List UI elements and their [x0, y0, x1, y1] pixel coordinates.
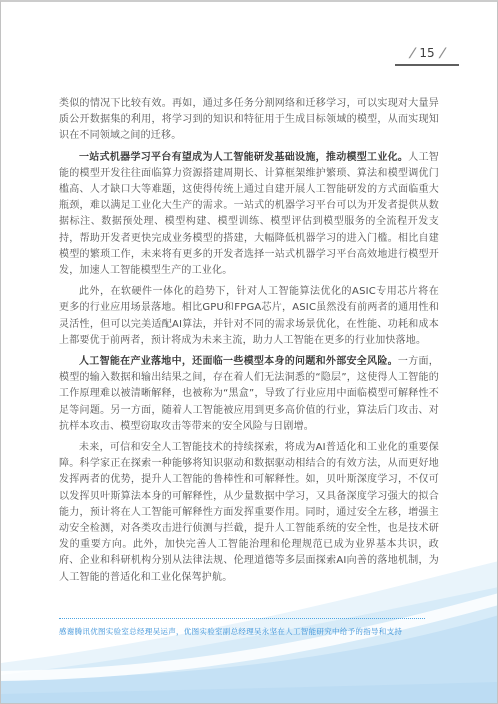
page-number-right-slash: / — [432, 46, 452, 61]
footnote-acknowledgement: 感谢腾讯优图实验室总经理吴运声，优图实验室副总经理吴永坚在人工智能研究中给予的指… — [59, 626, 407, 637]
page-number: /15/ — [395, 46, 459, 66]
paragraph-asic-chips: 此外，在软硬件一体化的趋势下，针对人工智能算法优化的ASIC专用芯片将在更多的行… — [59, 284, 439, 349]
paragraph-ml-platform: 一站式机器学习平台有望成为人工智能研发基础设施，推动模型工业化。人工智能的模型开… — [59, 150, 439, 280]
paragraph-text: 未来，可信和安全人工智能技术的持续探索，将成为AI普适化和工业化的重要保障。科学… — [59, 442, 439, 583]
paragraph-text: 人工智能的模型开发往往面临算力资源搭建周期长、计算框架维护繁琐、算法和模型调优门… — [59, 152, 439, 276]
paragraph-text: 此外，在软硬件一体化的趋势下，针对人工智能算法优化的ASIC专用芯片将在更多的行… — [59, 286, 439, 346]
paragraph-lead: 一站式机器学习平台有望成为人工智能研发基础设施，推动模型工业化。 — [79, 152, 408, 163]
paragraph-continuation: 类似的情况下比较有效。再如，通过多任务分割网络和迁移学习，可以实现对大量异质公开… — [59, 96, 439, 145]
paragraph-text: 类似的情况下比较有效。再如，通过多任务分割网络和迁移学习，可以实现对大量异质公开… — [59, 98, 439, 141]
paragraph-lead: 人工智能在产业落地中，还面临一些模型本身的问题和外部安全风险。 — [79, 356, 398, 367]
document-body: 类似的情况下比较有效。再如，通过多任务分割网络和迁移学习，可以实现对大量异质公开… — [59, 96, 439, 591]
footnote-separator — [59, 618, 425, 619]
paragraph-security-risk: 人工智能在产业落地中，还面临一些模型本身的问题和外部安全风险。一方面，模型的输入… — [59, 354, 439, 435]
document-page: /15/ 类似的情况下比较有效。再如，通过多任务分割网络和迁移学习，可以实现对大… — [0, 0, 498, 704]
paragraph-text: 一方面，模型的输入数据和输出结果之间，存在着人们无法洞悉的“隐层”，这使得人工智… — [59, 356, 439, 432]
paragraph-trusted-ai: 未来，可信和安全人工智能技术的持续探索，将成为AI普适化和工业化的重要保障。科学… — [59, 440, 439, 586]
